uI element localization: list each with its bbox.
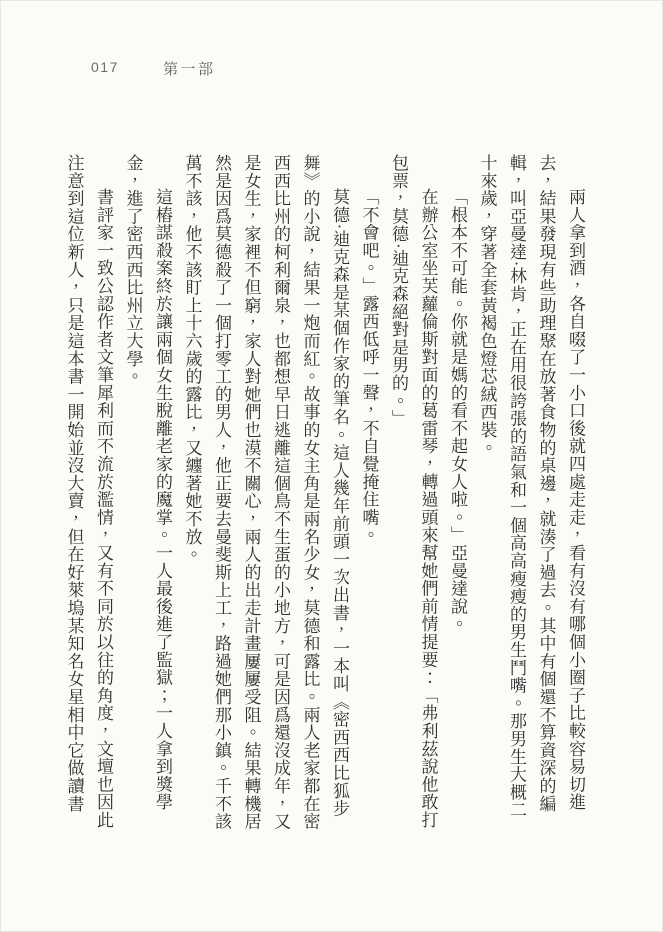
paragraph: 莫德·迪克森是某個作家的筆名。這人幾年前頭一次出書，一本叫《密西西比狐步舞》的小… — [177, 154, 354, 835]
paragraph: 在辦公室坐芙蘿倫斯對面的葛雷琴，轉過頭來幫她們前情提要：「弗利茲說他敢打包票，莫… — [384, 154, 443, 835]
body-text: 兩人拿到酒，各自啜了一小口後就四處走走，看有沒有哪個小圈子比較容易切進去，結果發… — [59, 154, 590, 835]
paragraph: 「不會吧。」露西低呼一聲，不自覺掩住嘴。 — [354, 154, 384, 835]
running-head: 017 第一部 — [1, 59, 662, 79]
book-page: 017 第一部 兩人拿到酒，各自啜了一小口後就四處走走，看有沒有哪個小圈子比較容… — [0, 0, 663, 932]
paragraph: 書評家一致公認作者文筆犀利而不流於濫情，又有不同於以往的角度，文壇也因此注意到這… — [59, 154, 118, 835]
paragraph: 「根本不可能。你就是媽的看不起女人啦。」亞曼達說。 — [443, 154, 473, 835]
paragraph: 兩人拿到酒，各自啜了一小口後就四處走走，看有沒有哪個小圈子比較容易切進去，結果發… — [472, 154, 590, 835]
page-number: 017 — [91, 59, 119, 75]
paragraph: 這樁謀殺案終於讓兩個女生脫離老家的魔掌。一人最後進了監獄；一人拿到獎學金，進了密… — [118, 154, 177, 835]
part-title: 第一部 — [163, 58, 216, 79]
